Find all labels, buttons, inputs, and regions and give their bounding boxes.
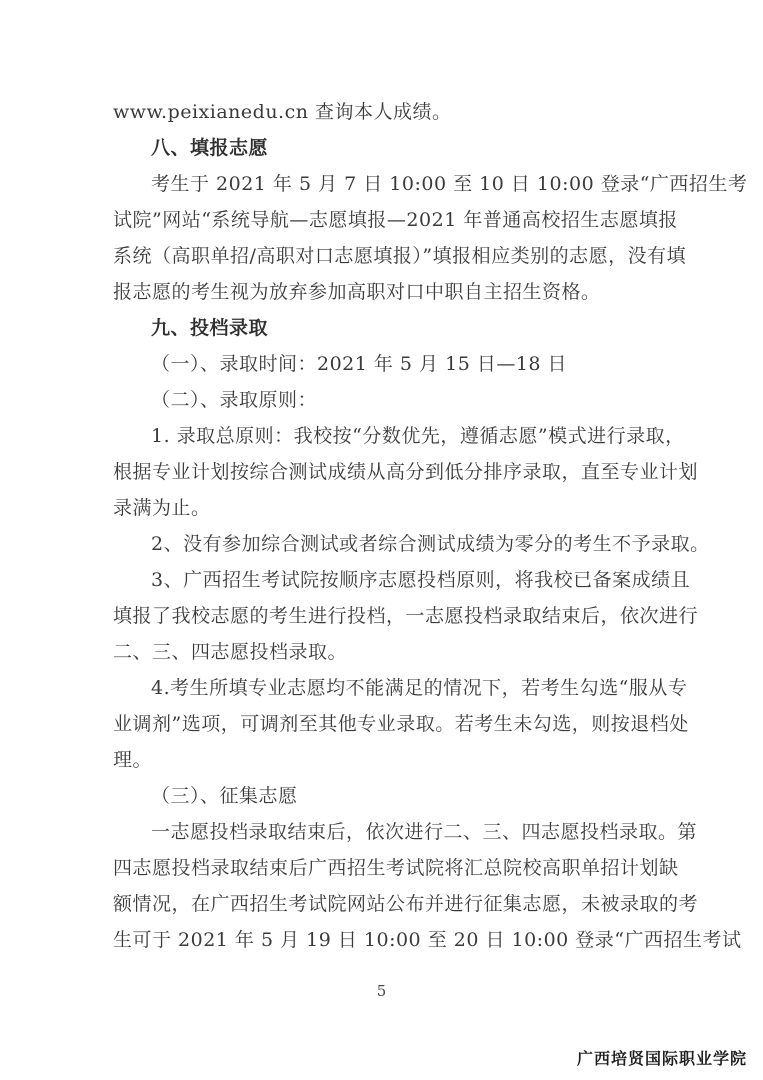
- document-line: 4.考生所填专业志愿均不能满足的情况下，若考生勾选“服从专: [113, 670, 713, 706]
- school-name-watermark: 广西培贤国际职业学院: [577, 1046, 747, 1069]
- document-line: 四志愿投档录取结束后广西招生考试院将汇总院校高职单招计划缺: [113, 850, 713, 886]
- document-content: www.peixianedu.cn 查询本人成绩。 八、填报志愿 考生于 202…: [113, 94, 713, 958]
- document-line: 试院”网站“系统导航—志愿填报—2021 年普通高校招生志愿填报: [113, 202, 713, 238]
- admission-rules-heading-line: （二）、录取原则：: [113, 382, 713, 418]
- document-line: 考生于 2021 年 5 月 7 日 10:00 至 10 日 10:00 登录…: [113, 166, 713, 202]
- document-line: 理。: [113, 742, 713, 778]
- document-line: 录满为止。: [113, 490, 713, 526]
- document-line: 1. 录取总原则：我校按“分数优先，遵循志愿”模式进行录取，: [113, 418, 713, 454]
- document-line: 2、没有参加综合测试或者综合测试成绩为零分的考生不予录取。: [113, 526, 713, 562]
- section-8-heading: 八、填报志愿: [113, 130, 713, 166]
- document-line: 业调剂”选项，可调剂至其他专业录取。若考生未勾选，则按退档处: [113, 706, 713, 742]
- document-line: 额情况，在广西招生考试院网站公布并进行征集志愿，未被录取的考: [113, 886, 713, 922]
- collection-volunteer-heading-line: （三）、征集志愿: [113, 778, 713, 814]
- document-line: 3、广西招生考试院按顺序志愿投档原则，将我校已备案成绩且: [113, 562, 713, 598]
- document-line: 二、三、四志愿投档录取。: [113, 634, 713, 670]
- document-line: 填报了我校志愿的考生进行投档，一志愿投档录取结束后，依次进行: [113, 598, 713, 634]
- admission-time-line: （一）、录取时间：2021 年 5 月 15 日—18 日: [113, 346, 713, 382]
- document-line: 根据专业计划按综合测试成绩从高分到低分排序录取，直至专业计划: [113, 454, 713, 490]
- document-line: 系统（高职单招/高职对口志愿填报）”填报相应类别的志愿，没有填: [113, 238, 713, 274]
- score-query-url-line: www.peixianedu.cn 查询本人成绩。: [113, 94, 713, 130]
- document-line: 生可于 2021 年 5 月 19 日 10:00 至 20 日 10:00 登…: [113, 922, 713, 958]
- section-9-heading: 九、投档录取: [113, 310, 713, 346]
- page-number: 5: [0, 982, 763, 1000]
- document-page: www.peixianedu.cn 查询本人成绩。 八、填报志愿 考生于 202…: [0, 0, 763, 1080]
- document-line: 一志愿投档录取结束后，依次进行二、三、四志愿投档录取。第: [113, 814, 713, 850]
- document-line: 报志愿的考生视为放弃参加高职对口中职自主招生资格。: [113, 274, 713, 310]
